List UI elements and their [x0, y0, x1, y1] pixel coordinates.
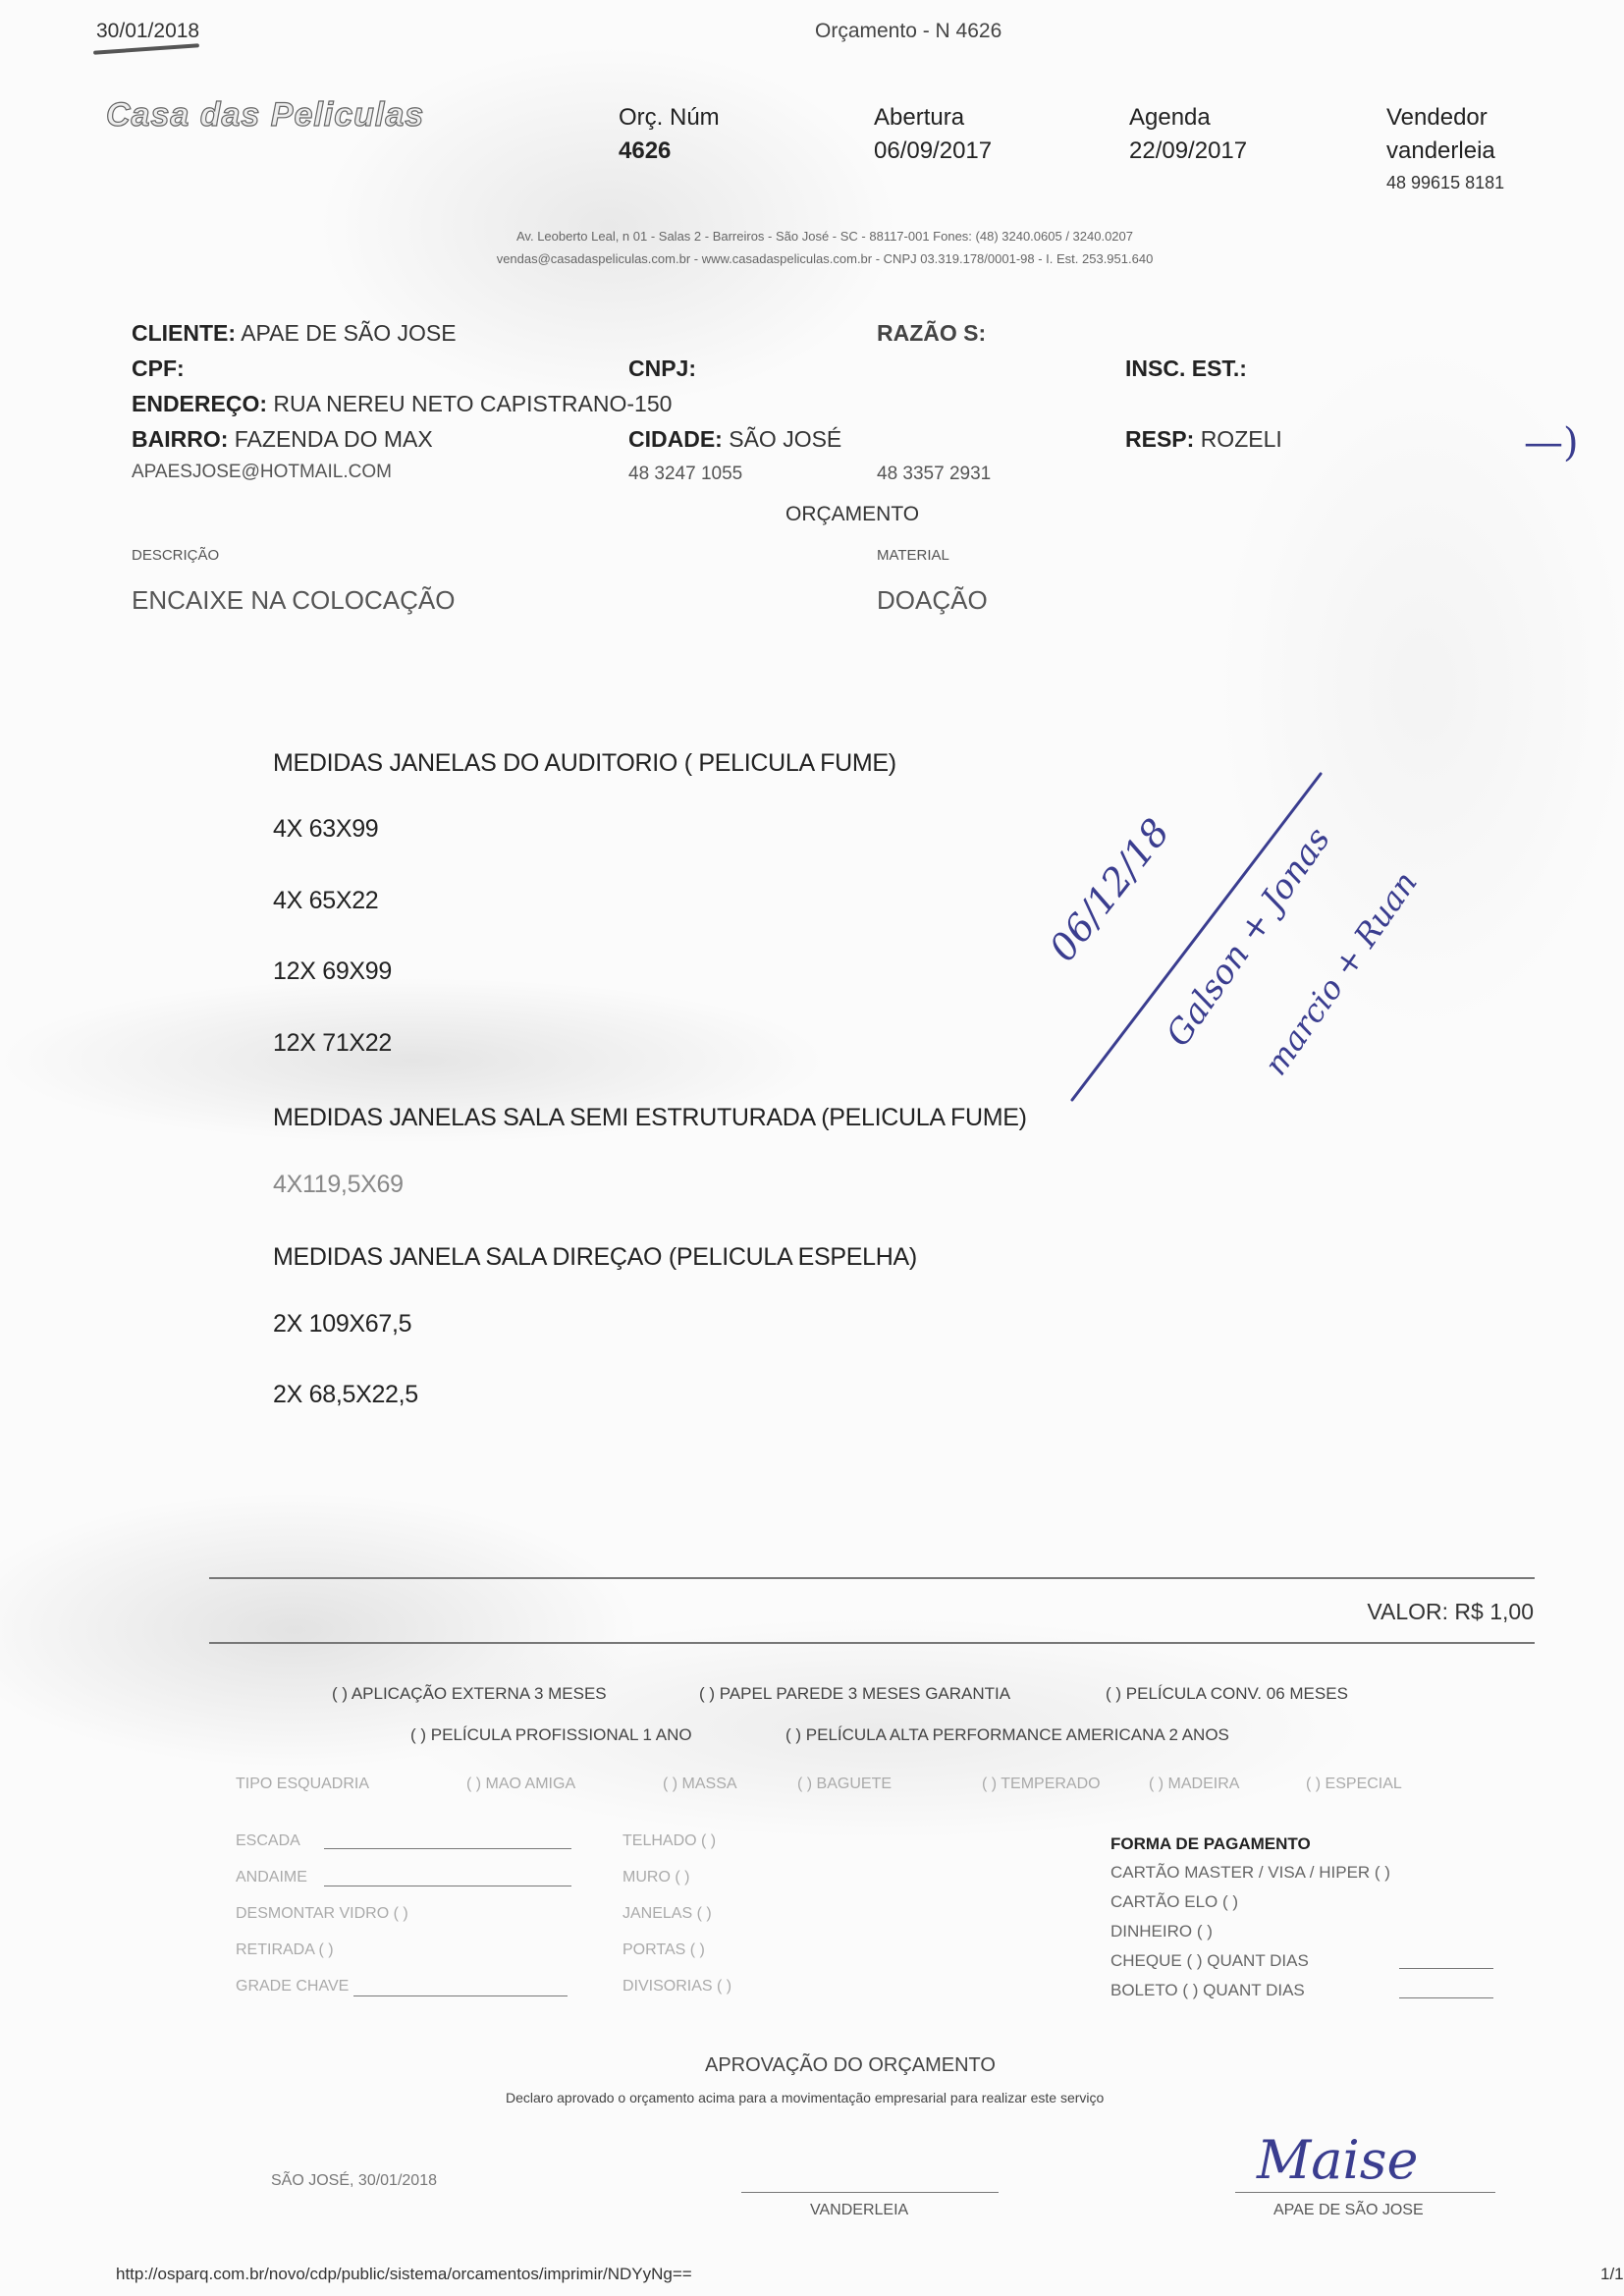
print-date: 30/01/2018 — [96, 20, 199, 43]
orc-num-value: 4626 — [619, 137, 671, 165]
warranty-option[interactable]: ( ) PELÍCULA ALTA PERFORMANCE AMERICANA … — [785, 1725, 1229, 1745]
payment-option-cartao-elo[interactable]: CARTÃO ELO ( ) — [1110, 1892, 1238, 1912]
insc-est-label: INSC. EST.: — [1125, 355, 1247, 381]
esquadria-option[interactable]: ( ) BAGUETE — [797, 1776, 892, 1793]
razao-field: RAZÃO S: — [877, 320, 986, 347]
measurement-item: 2X 109X67,5 — [273, 1310, 411, 1339]
grade-chave-blank-field[interactable] — [353, 1995, 568, 1996]
esquadria-option[interactable]: ( ) MADEIRA — [1149, 1776, 1239, 1793]
measurement-heading-sala-direcao: MEDIDAS JANELA SALA DIREÇAO (PELICULA ES… — [273, 1243, 917, 1272]
client-signature-name: APAE DE SÃO JOSE — [1273, 2202, 1424, 2219]
endereco-value: RUA NEREU NETO CAPISTRANO-150 — [273, 391, 672, 416]
measurement-item: 12X 71X22 — [273, 1029, 392, 1058]
extra-retirada[interactable]: RETIRADA ( ) — [236, 1941, 334, 1959]
measurement-item: 4X 65X22 — [273, 887, 378, 915]
divider-line — [209, 1642, 1535, 1644]
payment-option-cheque[interactable]: CHEQUE ( ) QUANT DIAS — [1110, 1951, 1309, 1971]
cnpj-label: CNPJ: — [628, 355, 696, 381]
escada-blank-field[interactable] — [324, 1848, 571, 1849]
endereco-field: ENDEREÇO: RUA NEREU NETO CAPISTRANO-150 — [132, 391, 672, 417]
client-phone-1: 48 3247 1055 — [628, 464, 742, 485]
razao-label: RAZÃO S: — [877, 320, 986, 346]
measurement-heading-sala-semi-estruturada: MEDIDAS JANELAS SALA SEMI ESTRUTURADA (P… — [273, 1104, 1027, 1132]
cliente-field: CLIENTE: APAE DE SÃO JOSE — [132, 320, 457, 347]
extra-grade-chave: GRADE CHAVE — [236, 1978, 349, 1995]
payment-option-boleto[interactable]: BOLETO ( ) QUANT DIAS — [1110, 1981, 1305, 2000]
esquadria-option[interactable]: ( ) MASSA — [663, 1776, 737, 1793]
abertura-value: 06/09/2017 — [874, 137, 992, 165]
cidade-value: SÃO JOSÉ — [729, 426, 841, 452]
payment-option-cartao[interactable]: CARTÃO MASTER / VISA / HIPER ( ) — [1110, 1863, 1390, 1883]
warranty-option[interactable]: ( ) PELÍCULA PROFISSIONAL 1 ANO — [410, 1725, 692, 1745]
descricao-value: ENCAIXE NA COLOCAÇÃO — [132, 585, 455, 616]
footer-url[interactable]: http://osparq.com.br/novo/cdp/public/sis… — [116, 2265, 692, 2284]
approval-title: APROVAÇÃO DO ORÇAMENTO — [705, 2054, 996, 2077]
measurement-heading-auditorio: MEDIDAS JANELAS DO AUDITORIO ( PELICULA … — [273, 749, 896, 778]
seller-signature-name: VANDERLEIA — [810, 2202, 908, 2219]
divider-line — [209, 1577, 1535, 1579]
andaime-blank-field[interactable] — [324, 1886, 571, 1886]
esquadria-option[interactable]: ( ) MAO AMIGA — [466, 1776, 575, 1793]
agenda-label: Agenda — [1129, 104, 1211, 132]
orc-num-label: Orç. Núm — [619, 104, 720, 132]
resp-label: RESP: — [1125, 426, 1194, 452]
place-date: SÃO JOSÉ, 30/01/2018 — [271, 2172, 437, 2190]
measurement-item: 4X 63X99 — [273, 815, 378, 844]
seller-signature-line — [741, 2192, 999, 2193]
boleto-days-field[interactable] — [1399, 1997, 1493, 1998]
approval-text: Declaro aprovado o orçamento acima para … — [506, 2090, 1104, 2105]
print-title: Orçamento - N 4626 — [815, 20, 1001, 43]
client-signature-line — [1235, 2192, 1495, 2193]
cliente-value: APAE DE SÃO JOSE — [241, 320, 456, 346]
cpf-field: CPF: — [132, 355, 185, 382]
resp-field: RESP: ROZELI — [1125, 426, 1282, 453]
cidade-label: CIDADE: — [628, 426, 723, 452]
vendedor-label: Vendedor — [1386, 104, 1488, 132]
orcamento-section-title: ORÇAMENTO — [785, 503, 919, 526]
vendedor-phone: 48 99615 8181 — [1386, 173, 1504, 193]
extra-muro[interactable]: MURO ( ) — [623, 1869, 689, 1886]
vendedor-value: vanderleia — [1386, 137, 1495, 165]
bairro-label: BAIRRO: — [132, 426, 228, 452]
footer-page-number: 1/1 — [1600, 2265, 1624, 2284]
extra-andaime: ANDAIME — [236, 1869, 307, 1886]
extra-divisorias[interactable]: DIVISORIAS ( ) — [623, 1978, 731, 1995]
cidade-field: CIDADE: SÃO JOSÉ — [628, 426, 841, 453]
cnpj-field: CNPJ: — [628, 355, 696, 382]
payment-option-dinheiro[interactable]: DINHEIRO ( ) — [1110, 1922, 1213, 1941]
extra-label: ANDAIME — [236, 1869, 307, 1886]
client-email: APAESJOSE@HOTMAIL.COM — [132, 462, 392, 483]
agenda-value: 22/09/2017 — [1129, 137, 1247, 165]
company-logo: Casa das Peliculas — [106, 96, 424, 135]
extra-portas[interactable]: PORTAS ( ) — [623, 1941, 705, 1959]
material-value: DOAÇÃO — [877, 585, 988, 616]
client-signature: Maise — [1257, 2129, 1418, 2191]
extra-janelas[interactable]: JANELAS ( ) — [623, 1905, 712, 1923]
warranty-option[interactable]: ( ) APLICAÇÃO EXTERNA 3 MESES — [332, 1684, 607, 1704]
measurement-item: 12X 69X99 — [273, 957, 392, 986]
esquadria-option[interactable]: ( ) TEMPERADO — [982, 1776, 1101, 1793]
cheque-days-field[interactable] — [1399, 1968, 1493, 1969]
company-address: Av. Leoberto Leal, n 01 - Salas 2 - Barr… — [383, 229, 1267, 244]
extra-telhado[interactable]: TELHADO ( ) — [623, 1832, 716, 1850]
measurement-item: 4X119,5X69 — [273, 1171, 404, 1199]
client-phone-2: 48 3357 2931 — [877, 464, 991, 485]
warranty-option[interactable]: ( ) PELÍCULA CONV. 06 MESES — [1106, 1684, 1348, 1704]
descricao-label: DESCRIÇÃO — [132, 547, 219, 564]
warranty-option[interactable]: ( ) PAPEL PAREDE 3 MESES GARANTIA — [699, 1684, 1010, 1704]
extra-label: GRADE CHAVE — [236, 1978, 349, 1995]
extra-desmontar-vidro[interactable]: DESMONTAR VIDRO ( ) — [236, 1905, 408, 1923]
resp-value: ROZELI — [1201, 426, 1282, 452]
company-contact: vendas@casadaspeliculas.com.br - www.cas… — [383, 251, 1267, 266]
cliente-label: CLIENTE: — [132, 320, 236, 346]
insc-est-field: INSC. EST.: — [1125, 355, 1247, 382]
bairro-value: FAZENDA DO MAX — [235, 426, 433, 452]
pen-underline-mark — [93, 43, 199, 55]
handwritten-margin-mark: —) — [1524, 420, 1579, 465]
extra-escada: ESCADA — [236, 1832, 300, 1850]
bairro-field: BAIRRO: FAZENDA DO MAX — [132, 426, 433, 453]
valor-total: VALOR: R$ 1,00 — [1367, 1599, 1534, 1625]
measurement-item: 2X 68,5X22,5 — [273, 1381, 418, 1409]
extra-label: ESCADA — [236, 1832, 300, 1849]
payment-title: FORMA DE PAGAMENTO — [1110, 1834, 1311, 1854]
scanned-document: 30/01/2018 Orçamento - N 4626 Casa das P… — [0, 0, 1624, 2296]
esquadria-option[interactable]: ( ) ESPECIAL — [1306, 1776, 1402, 1793]
endereco-label: ENDEREÇO: — [132, 391, 267, 416]
material-label: MATERIAL — [877, 547, 949, 564]
cpf-label: CPF: — [132, 355, 185, 381]
abertura-label: Abertura — [874, 104, 964, 132]
esquadria-label: TIPO ESQUADRIA — [236, 1776, 369, 1793]
